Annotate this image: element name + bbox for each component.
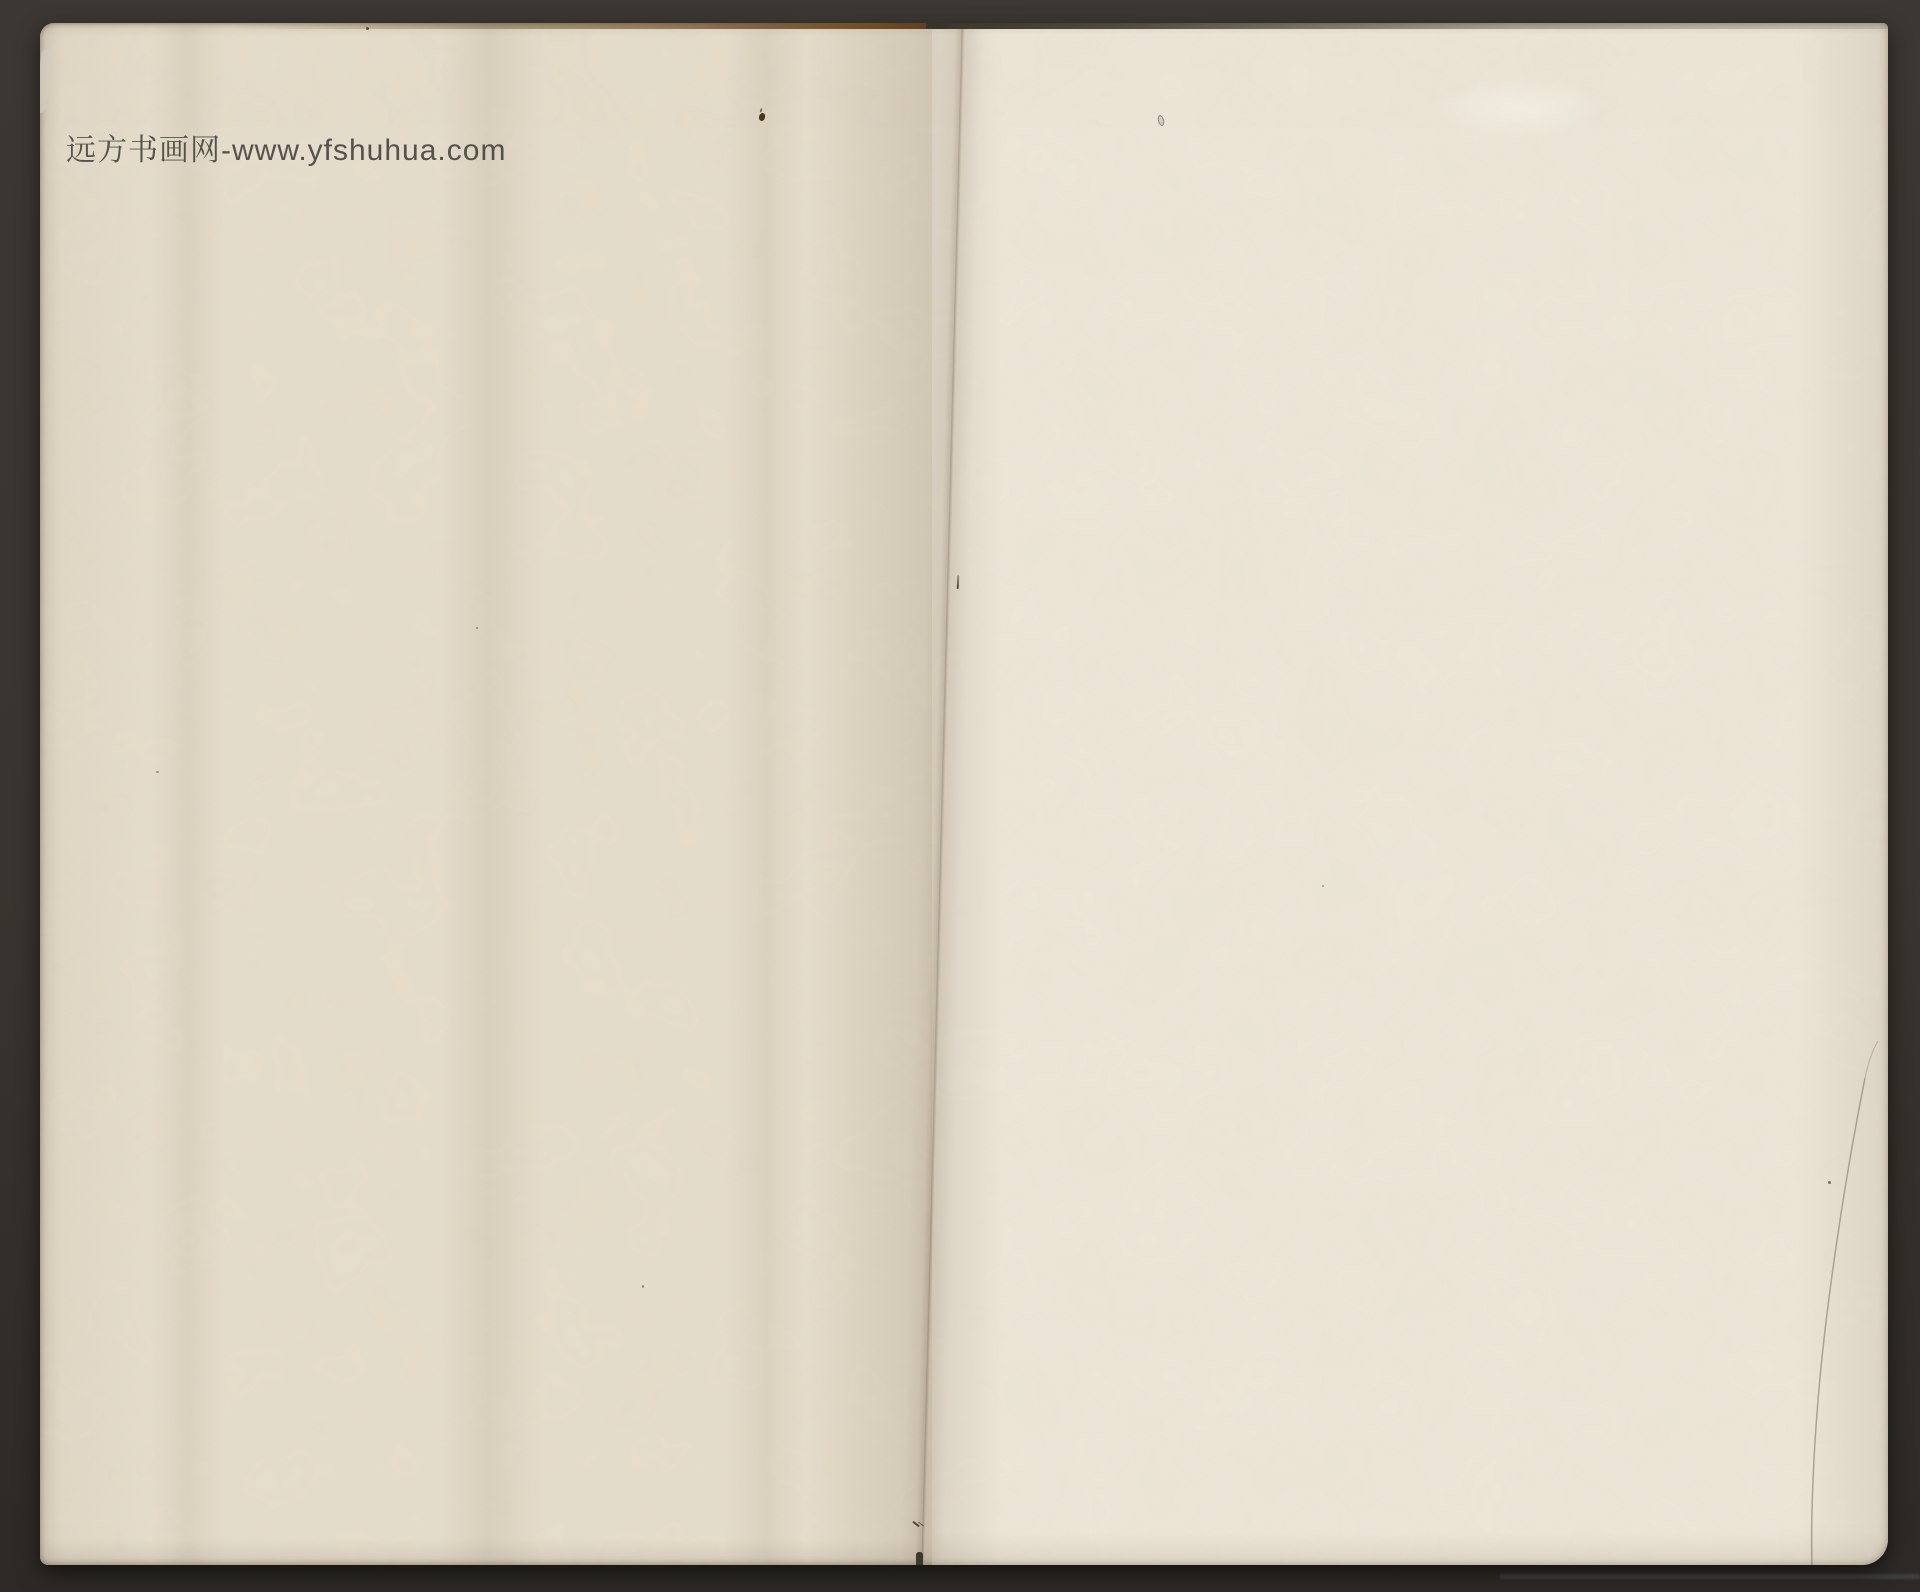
watermark-text: 远方书画网-www.yfshuhua.com	[66, 125, 506, 169]
fiber-speck	[1157, 114, 1165, 126]
right-page-top-edge-shadow	[926, 23, 1888, 29]
binding-edge	[228, 23, 970, 29]
left-page	[40, 23, 932, 1565]
paper-smudge	[1400, 63, 1640, 153]
paper-speck	[156, 771, 159, 773]
paper-speck	[642, 1285, 644, 1288]
paper-speck	[1828, 1181, 1831, 1184]
worn-corner-chip	[40, 49, 53, 114]
scanner-artifact-line	[1500, 1574, 1920, 1579]
paper-speck	[1322, 885, 1324, 887]
ink-speck	[758, 112, 766, 121]
paper-speck	[476, 627, 478, 629]
gutter-slit	[916, 1552, 923, 1565]
center-fold-shadow	[900, 23, 984, 1565]
right-page	[932, 23, 1888, 1565]
open-book-pages: 远方书画网-www.yfshuhua.com	[40, 23, 1888, 1565]
scan-background: 远方书画网-www.yfshuhua.com	[0, 0, 1920, 1592]
